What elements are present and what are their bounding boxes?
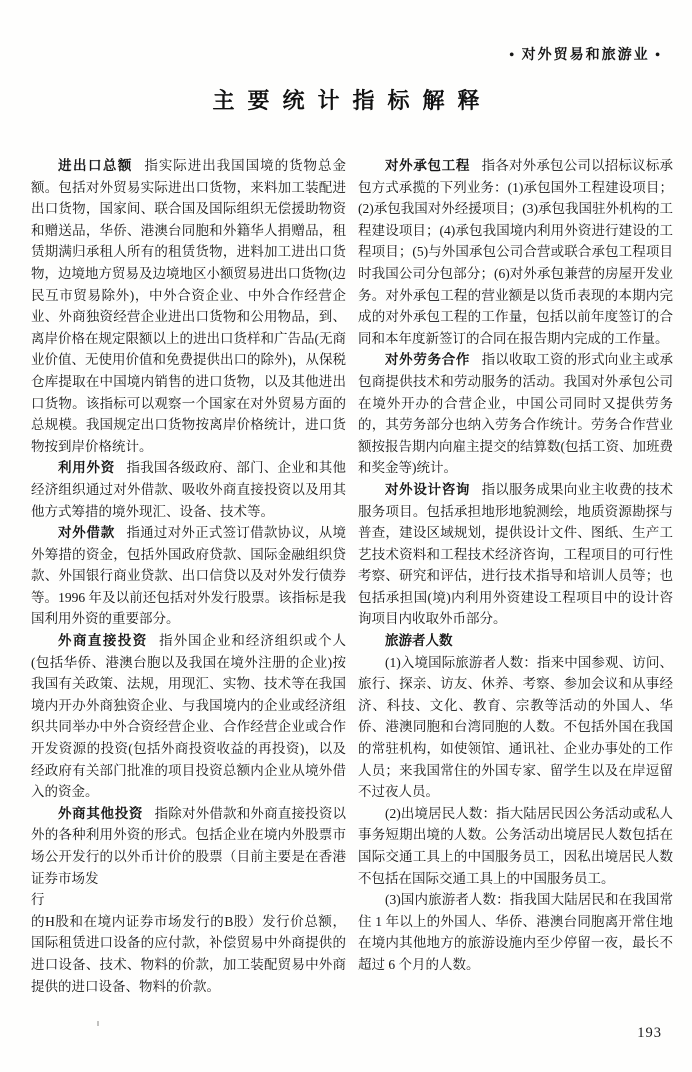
page-title: 主要统计指标解释: [0, 84, 692, 115]
paragraph-body: 指各对外承包公司以招标议标承包方式承揽的下列业务：(1)承包国外工程建设项目；(…: [358, 158, 673, 346]
two-column-body: 进出口总额指实际进出我国国境的货物总金额。包括对外贸易实际进出口货物，来料加工装…: [0, 155, 692, 997]
right-column: 对外承包工程指各对外承包公司以招标议标承包方式承揽的下列业务：(1)承包国外工程…: [358, 155, 673, 997]
paragraph-design-consultation: 对外设计咨询指以服务成果向业主收费的技术服务项目。包括承担地形地貌测绘，地质资源…: [358, 479, 673, 630]
paragraph-outbound-residents: (2)出境居民人数：指大陆居民因公务活动或私人事务短期出境的人数。公务活动出境居…: [358, 803, 673, 889]
page-number: 193: [637, 1025, 662, 1042]
paragraph-domestic-tourists: (3)国内旅游者人数：指我国大陆居民和在我国常住 1 年以上的外国人、华侨、港澳…: [358, 889, 673, 975]
term-label: 进出口总额: [58, 158, 133, 173]
running-head: • 对外贸易和旅游业 •: [0, 44, 692, 64]
term-label: 利用外资: [58, 460, 115, 475]
paragraph-body: 指通过对外正式签订借款协议，从境外筹措的资金，包括外国政府贷款、国际金融组织贷款…: [31, 525, 346, 626]
term-label: 外商直接投资: [58, 633, 148, 648]
document-page: • 对外贸易和旅游业 • 主要统计指标解释 进出口总额指实际进出我国国境的货物总…: [0, 0, 692, 1072]
term-label: 外商其他投资: [58, 806, 143, 821]
paragraph-body: 指以收取工资的形式向业主或承包商提供技术和劳动服务的活动。我国对外承包公司在境外…: [358, 352, 673, 475]
paragraph-body: 指除对外借款和外商直接投资以外的各种利用外资的形式。包括企业在境内外股票市场公开…: [31, 806, 346, 994]
paragraph-body: 指实际进出我国国境的货物总金额。包括对外贸易实际进出口货物，来料加工装配进出口货…: [31, 158, 346, 454]
paragraph-foreign-direct-investment: 外商直接投资指外国企业和经济组织或个人(包括华侨、港澳台胞以及我国在境外注册的企…: [31, 630, 346, 803]
paragraph-inbound-tourists: (1)入境国际旅游者人数：指来中国参观、访问、旅行、探亲、访友、休养、考察、参加…: [358, 652, 673, 803]
paragraph-total-imports-exports: 进出口总额指实际进出我国国境的货物总金额。包括对外贸易实际进出口货物，来料加工装…: [31, 155, 346, 457]
term-label: 对外借款: [58, 525, 115, 540]
term-label: 旅游者人数: [385, 633, 453, 648]
paragraph-foreign-borrowings: 对外借款指通过对外正式签订借款协议，从境外筹措的资金，包括外国政府贷款、国际金融…: [31, 522, 346, 630]
paragraph-body: 指以服务成果向业主收费的技术服务项目。包括承担地形地貌测绘，地质资源勘探与普查，…: [358, 482, 673, 627]
term-label: 对外承包工程: [385, 158, 470, 173]
term-label: 对外劳务合作: [385, 352, 470, 367]
paragraph-foreign-capital-utilized: 利用外资指我国各级政府、部门、企业和其他经济组织通过对外借款、吸收外商直接投资以…: [31, 457, 346, 522]
left-column: 进出口总额指实际进出我国国境的货物总金额。包括对外贸易实际进出口货物，来料加工装…: [31, 155, 346, 997]
paragraph-other-foreign-investment: 外商其他投资指除对外借款和外商直接投资以外的各种利用外资的形式。包括企业在境内外…: [31, 803, 346, 997]
paragraph-contracted-projects: 对外承包工程指各对外承包公司以招标议标承包方式承揽的下列业务：(1)承包国外工程…: [358, 155, 673, 349]
paragraph-body: 指外国企业和经济组织或个人(包括华侨、港澳台胞以及我国在境外注册的企业)按我国有…: [31, 633, 346, 799]
scan-artifact: [97, 1021, 99, 1026]
term-label: 对外设计咨询: [385, 482, 470, 497]
paragraph-number-of-tourists-heading: 旅游者人数: [358, 630, 673, 652]
paragraph-labor-cooperation: 对外劳务合作指以收取工资的形式向业主或承包商提供技术和劳动服务的活动。我国对外承…: [358, 349, 673, 479]
